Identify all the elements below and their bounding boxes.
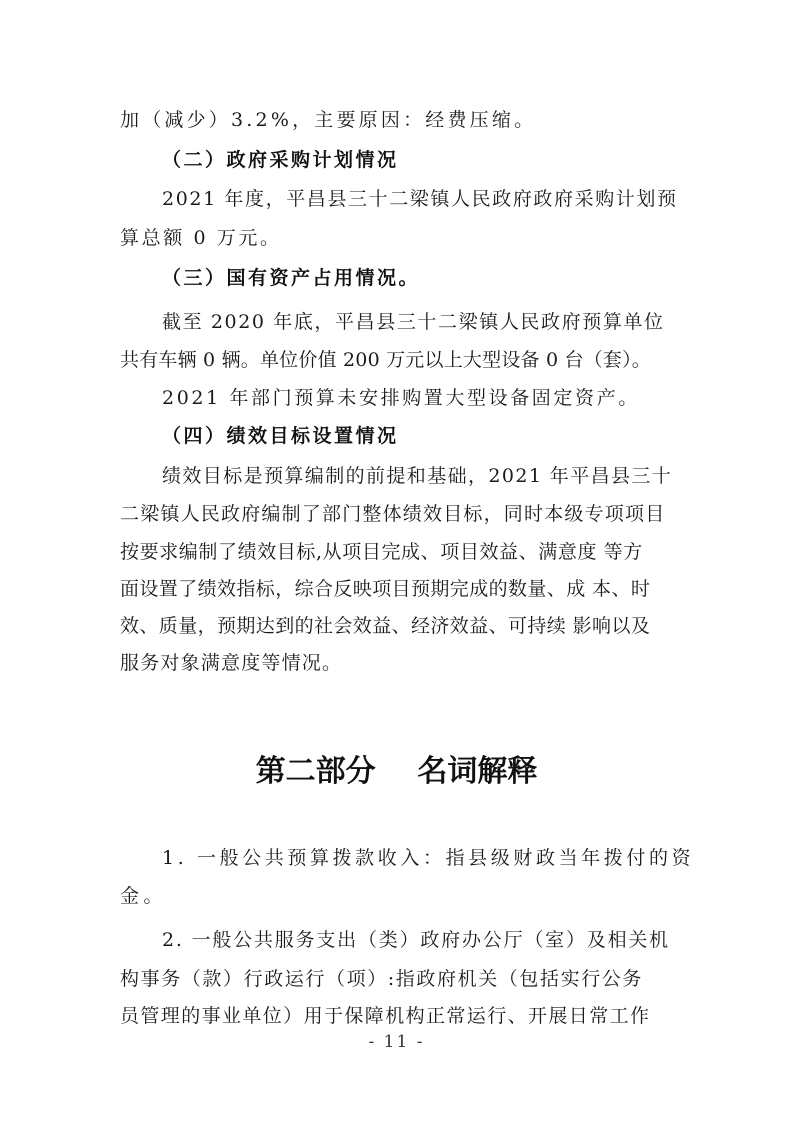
paragraph-line: 按要求编制了绩效目标,从项目完成、项目效益、满意度 等方 [120,540,680,564]
paragraph-line: 服务对象满意度等情况。 [120,651,680,675]
glossary-item-line: 2. 一般公共服务支出（类）政府办公厅（室）及相关机 [162,928,680,952]
paragraph-line: 效、质量，预期达到的社会效益、经济效益、可持续 影响以及 [120,614,680,638]
paragraph-line: 绩效目标是预算编制的前提和基础，2021 年平昌县三十 [162,464,680,488]
paragraph-line: 面设置了绩效指标，综合反映项目预期完成的数量、成 本、时 [120,577,680,601]
paragraph-line: 共有车辆 0 辆。单位价值 200 万元以上大型设备 0 台（套）。 [120,348,680,372]
section-heading-procurement: （二）政府采购计划情况 [162,148,399,172]
paragraph-line: 2021 年度，平昌县三十二梁镇人民政府政府采购计划预 [162,187,680,211]
document-page: 加（减少）3.2%，主要原因：经费压缩。 （二）政府采购计划情况 2021 年度… [0,0,793,1122]
glossary-item-line: 员管理的事业单位）用于保障机构正常运行、开展日常工作 [120,1004,680,1028]
paragraph-line: 截至 2020 年底，平昌县三十二梁镇人民政府预算单位 [162,310,680,334]
glossary-item-line: 金。 [120,884,680,908]
section-heading-state-assets: （三）国有资产占用情况。 [162,266,420,290]
glossary-item-line: 构事务（款）行政运行（项）:指政府机关（包括实行公务 [120,967,680,991]
part-heading-glossary: 第二部分 名词解释 [0,752,793,792]
page-number: - 11 - [0,1031,793,1053]
paragraph-line: 算总额 0 万元。 [120,226,680,250]
paragraph-line: 2021 年部门预算未安排购置大型设备固定资产。 [162,386,680,410]
glossary-item-line: 1. 一般公共预算拨款收入：指县级财政当年拨付的资 [162,846,680,870]
paragraph-line: 加（减少）3.2%，主要原因：经费压缩。 [120,108,680,132]
paragraph-line: 二梁镇人民政府编制了部门整体绩效目标，同时本级专项项目 [120,502,680,526]
section-heading-performance-goals: （四）绩效目标设置情况 [162,424,399,448]
